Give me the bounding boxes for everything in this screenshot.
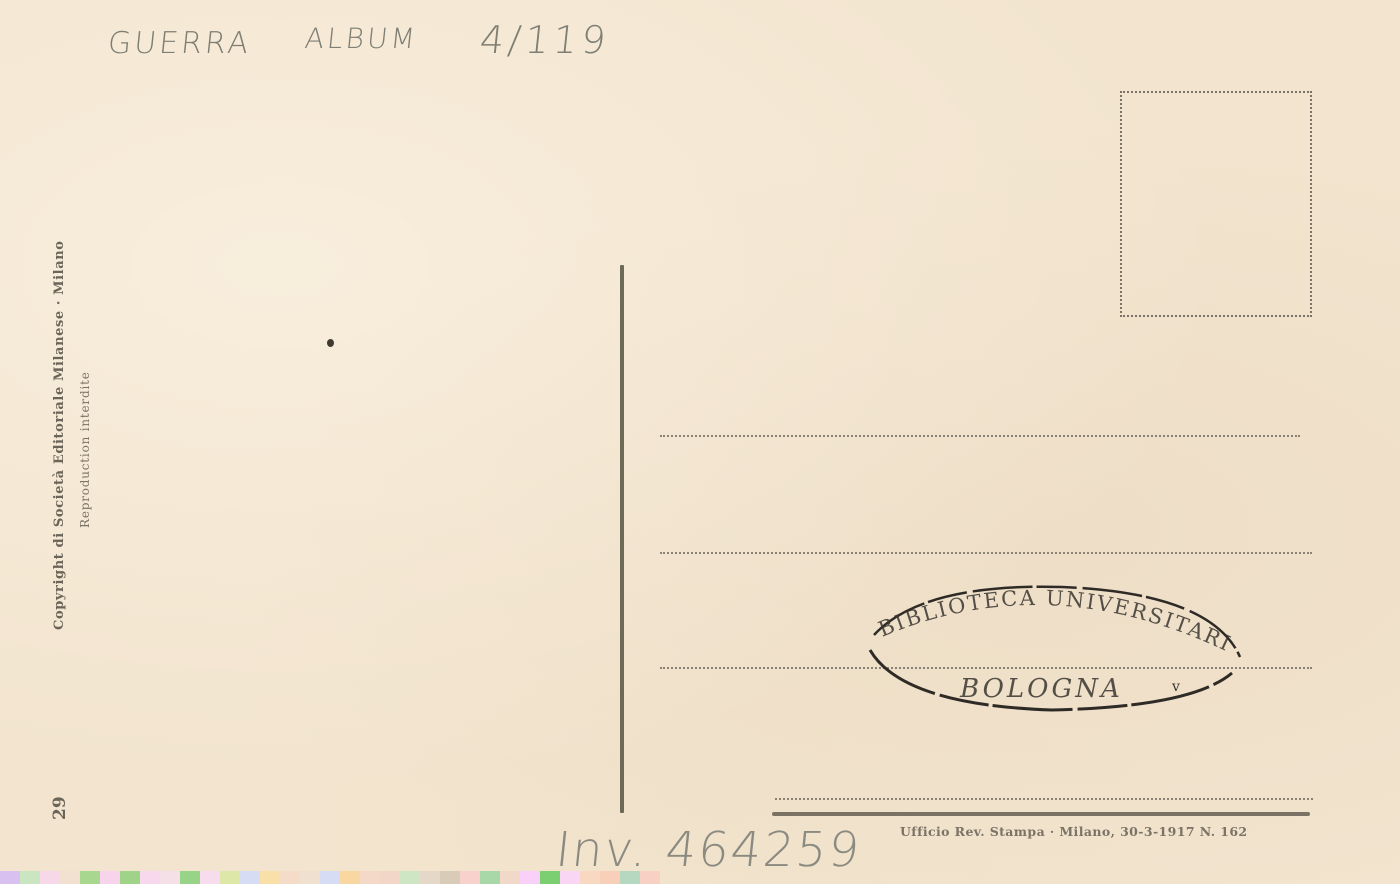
stamp-bottom-text: BOLOGNA bbox=[959, 674, 1123, 704]
handwritten-reference: 4/119 bbox=[478, 18, 612, 62]
color-swatch bbox=[340, 871, 360, 884]
color-swatch bbox=[640, 871, 660, 884]
library-stamp-icon: BIBLIOTECA UNIVERSITARIA BOLOGNA v bbox=[862, 575, 1252, 720]
address-line-2 bbox=[660, 552, 1312, 554]
color-swatch bbox=[500, 871, 520, 884]
color-swatch bbox=[220, 871, 240, 884]
color-swatch bbox=[0, 871, 20, 884]
color-swatch bbox=[260, 871, 280, 884]
stamp-placeholder-box bbox=[1120, 91, 1312, 317]
color-swatch bbox=[400, 871, 420, 884]
color-swatch bbox=[240, 871, 260, 884]
postcard-back: GUERRA ALBUM 4/119 Copyright di Società … bbox=[0, 0, 1400, 884]
address-line-4 bbox=[775, 798, 1313, 800]
color-swatch bbox=[620, 871, 640, 884]
color-swatch bbox=[420, 871, 440, 884]
handwritten-album: ALBUM bbox=[303, 22, 419, 55]
bottom-rule bbox=[772, 812, 1310, 816]
color-swatch bbox=[80, 871, 100, 884]
color-swatch bbox=[540, 871, 560, 884]
color-swatch bbox=[20, 871, 40, 884]
color-swatch bbox=[320, 871, 340, 884]
reproduction-notice: Reproduction interdite bbox=[78, 371, 92, 528]
svg-text:BIBLIOTECA UNIVERSITARIA: BIBLIOTECA UNIVERSITARIA bbox=[862, 575, 1236, 656]
censor-imprint: Ufficio Rev. Stampa · Milano, 30-3-1917 … bbox=[900, 824, 1248, 839]
color-swatch bbox=[60, 871, 80, 884]
color-swatch bbox=[200, 871, 220, 884]
color-swatch bbox=[360, 871, 380, 884]
color-swatch bbox=[480, 871, 500, 884]
color-swatch bbox=[380, 871, 400, 884]
scan-color-calibration-strip bbox=[0, 871, 660, 884]
color-swatch bbox=[100, 871, 120, 884]
color-swatch bbox=[580, 871, 600, 884]
color-swatch bbox=[180, 871, 200, 884]
copyright-notice: Copyright di Società Editoriale Milanese… bbox=[52, 240, 67, 630]
color-swatch bbox=[600, 871, 620, 884]
center-divider bbox=[620, 265, 624, 813]
color-swatch bbox=[140, 871, 160, 884]
color-swatch bbox=[560, 871, 580, 884]
handwritten-guerra: GUERRA bbox=[106, 26, 253, 61]
color-swatch bbox=[40, 871, 60, 884]
color-swatch bbox=[440, 871, 460, 884]
color-swatch bbox=[280, 871, 300, 884]
color-swatch bbox=[460, 871, 480, 884]
color-swatch bbox=[120, 871, 140, 884]
color-swatch bbox=[520, 871, 540, 884]
card-number: 29 bbox=[50, 796, 70, 820]
color-swatch bbox=[300, 871, 320, 884]
svg-text:v: v bbox=[1171, 679, 1180, 695]
library-stamp: BIBLIOTECA UNIVERSITARIA BOLOGNA v bbox=[862, 575, 1252, 720]
ink-spot bbox=[327, 339, 334, 347]
stamp-top-text: BIBLIOTECA UNIVERSITARIA bbox=[862, 575, 1236, 656]
color-swatch bbox=[160, 871, 180, 884]
address-line-1 bbox=[660, 435, 1300, 437]
handwritten-inventory-number: Inv. 464259 bbox=[553, 822, 864, 878]
